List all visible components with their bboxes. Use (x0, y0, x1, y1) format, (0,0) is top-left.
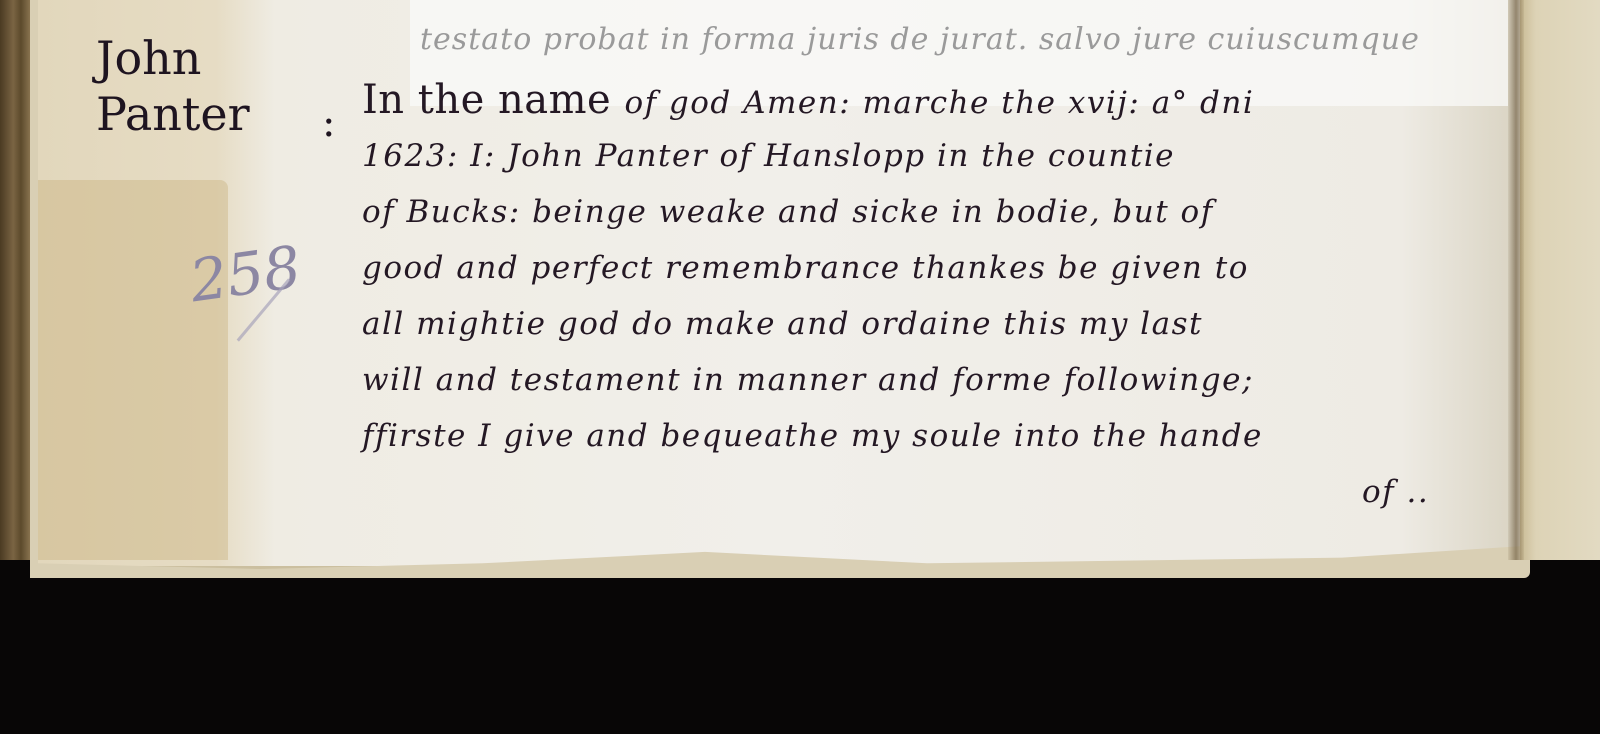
previous-entry-probate-clause: testato probat in forma juris de jurat. … (420, 22, 1500, 57)
margin-testator-name: John Panter (96, 30, 250, 142)
gutter-shadow (1508, 0, 1524, 560)
margin-name-first: John (96, 30, 250, 86)
will-line-8: of .. (362, 464, 1492, 520)
will-heading: In the name (362, 77, 611, 123)
will-line-1: In the name of god Amen: marche the xvij… (362, 72, 1492, 128)
will-text: In the name of god Amen: marche the xvij… (362, 72, 1492, 520)
manuscript-photo: testato probat in forma juris de jurat. … (0, 0, 1600, 734)
will-line-2: 1623: I: John Panter of Hanslopp in the … (362, 128, 1492, 184)
age-stain (38, 180, 228, 560)
will-line-6: will and testament in manner and forme f… (362, 352, 1492, 408)
margin-name-surname: Panter (96, 86, 250, 142)
margin-colon: : (322, 100, 335, 146)
facing-page (1520, 0, 1600, 560)
will-line-5: all mightie god do make and ordaine this… (362, 296, 1492, 352)
will-line-3: of Bucks: beinge weake and sicke in bodi… (362, 184, 1492, 240)
will-line-1-rest: of god Amen: marche the xvij: a° dni (624, 85, 1254, 121)
will-line-4: good and perfect remembrance thankes be … (362, 240, 1492, 296)
will-line-7: ffirste I give and bequeathe my soule in… (362, 408, 1492, 464)
